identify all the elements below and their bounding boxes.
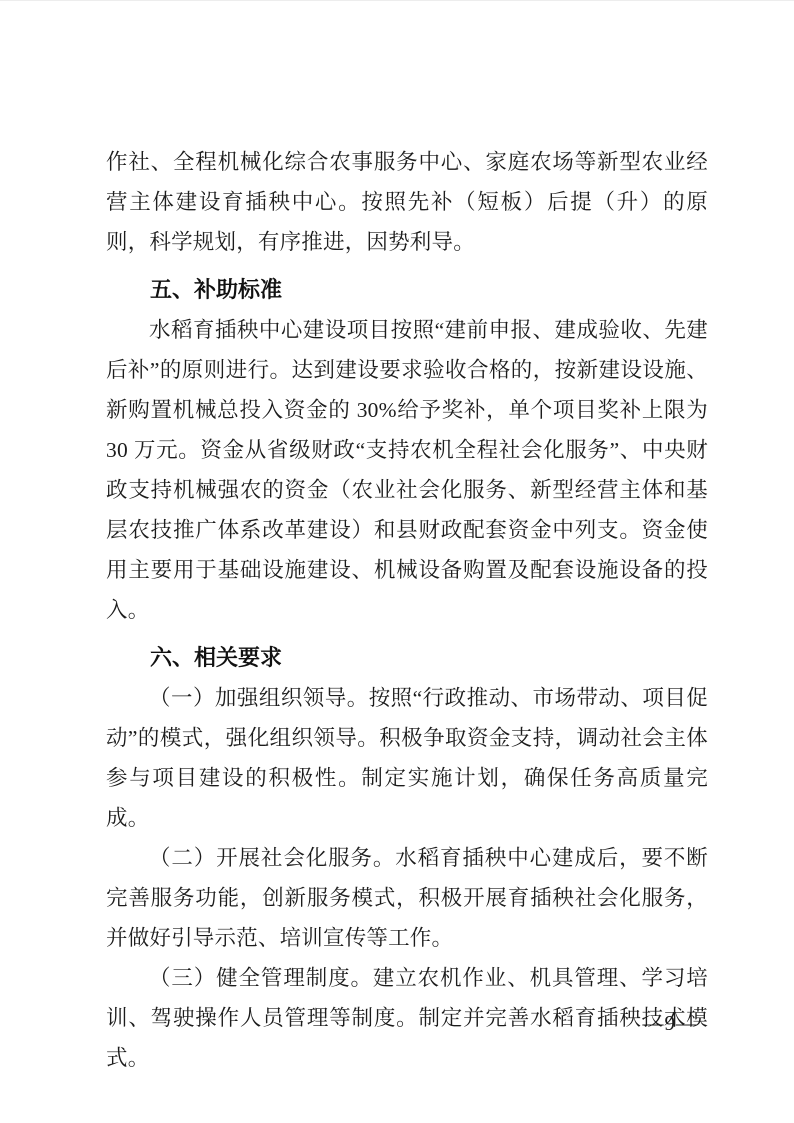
section-heading-related-requirements: 六、相关要求: [106, 638, 708, 678]
page-number: —9—: [643, 1009, 699, 1037]
paragraph-item-3: （三）健全管理制度。建立农机作业、机具管理、学习培训、驾驶操作人员管理等制度。制…: [106, 958, 708, 1078]
paragraph-subsidy-standard: 水稻育插秧中心建设项目按照“建前申报、建成验收、先建后补”的原则进行。达到建设要…: [106, 310, 708, 630]
item-2-lead: （二）开展社会化服务。: [149, 846, 395, 870]
item-3-lead: （三）健全管理制度。: [149, 966, 373, 990]
document-body: 作社、全程机械化综合农事服务中心、家庭农场等新型农业经营主体建设育插秧中心。按照…: [106, 142, 708, 1078]
document-page: 作社、全程机械化综合农事服务中心、家庭农场等新型农业经营主体建设育插秧中心。按照…: [0, 0, 794, 1123]
paragraph-continuation: 作社、全程机械化综合农事服务中心、家庭农场等新型农业经营主体建设育插秧中心。按照…: [106, 142, 708, 262]
paragraph-item-1: （一）加强组织领导。按照“行政推动、市场带动、项目促动”的模式，强化组织领导。积…: [106, 678, 708, 838]
section-heading-subsidy-standard: 五、补助标准: [106, 270, 708, 310]
paragraph-item-2: （二）开展社会化服务。水稻育插秧中心建成后，要不断完善服务功能，创新服务模式，积…: [106, 838, 708, 958]
item-1-lead: （一）加强组织领导。: [149, 686, 369, 710]
